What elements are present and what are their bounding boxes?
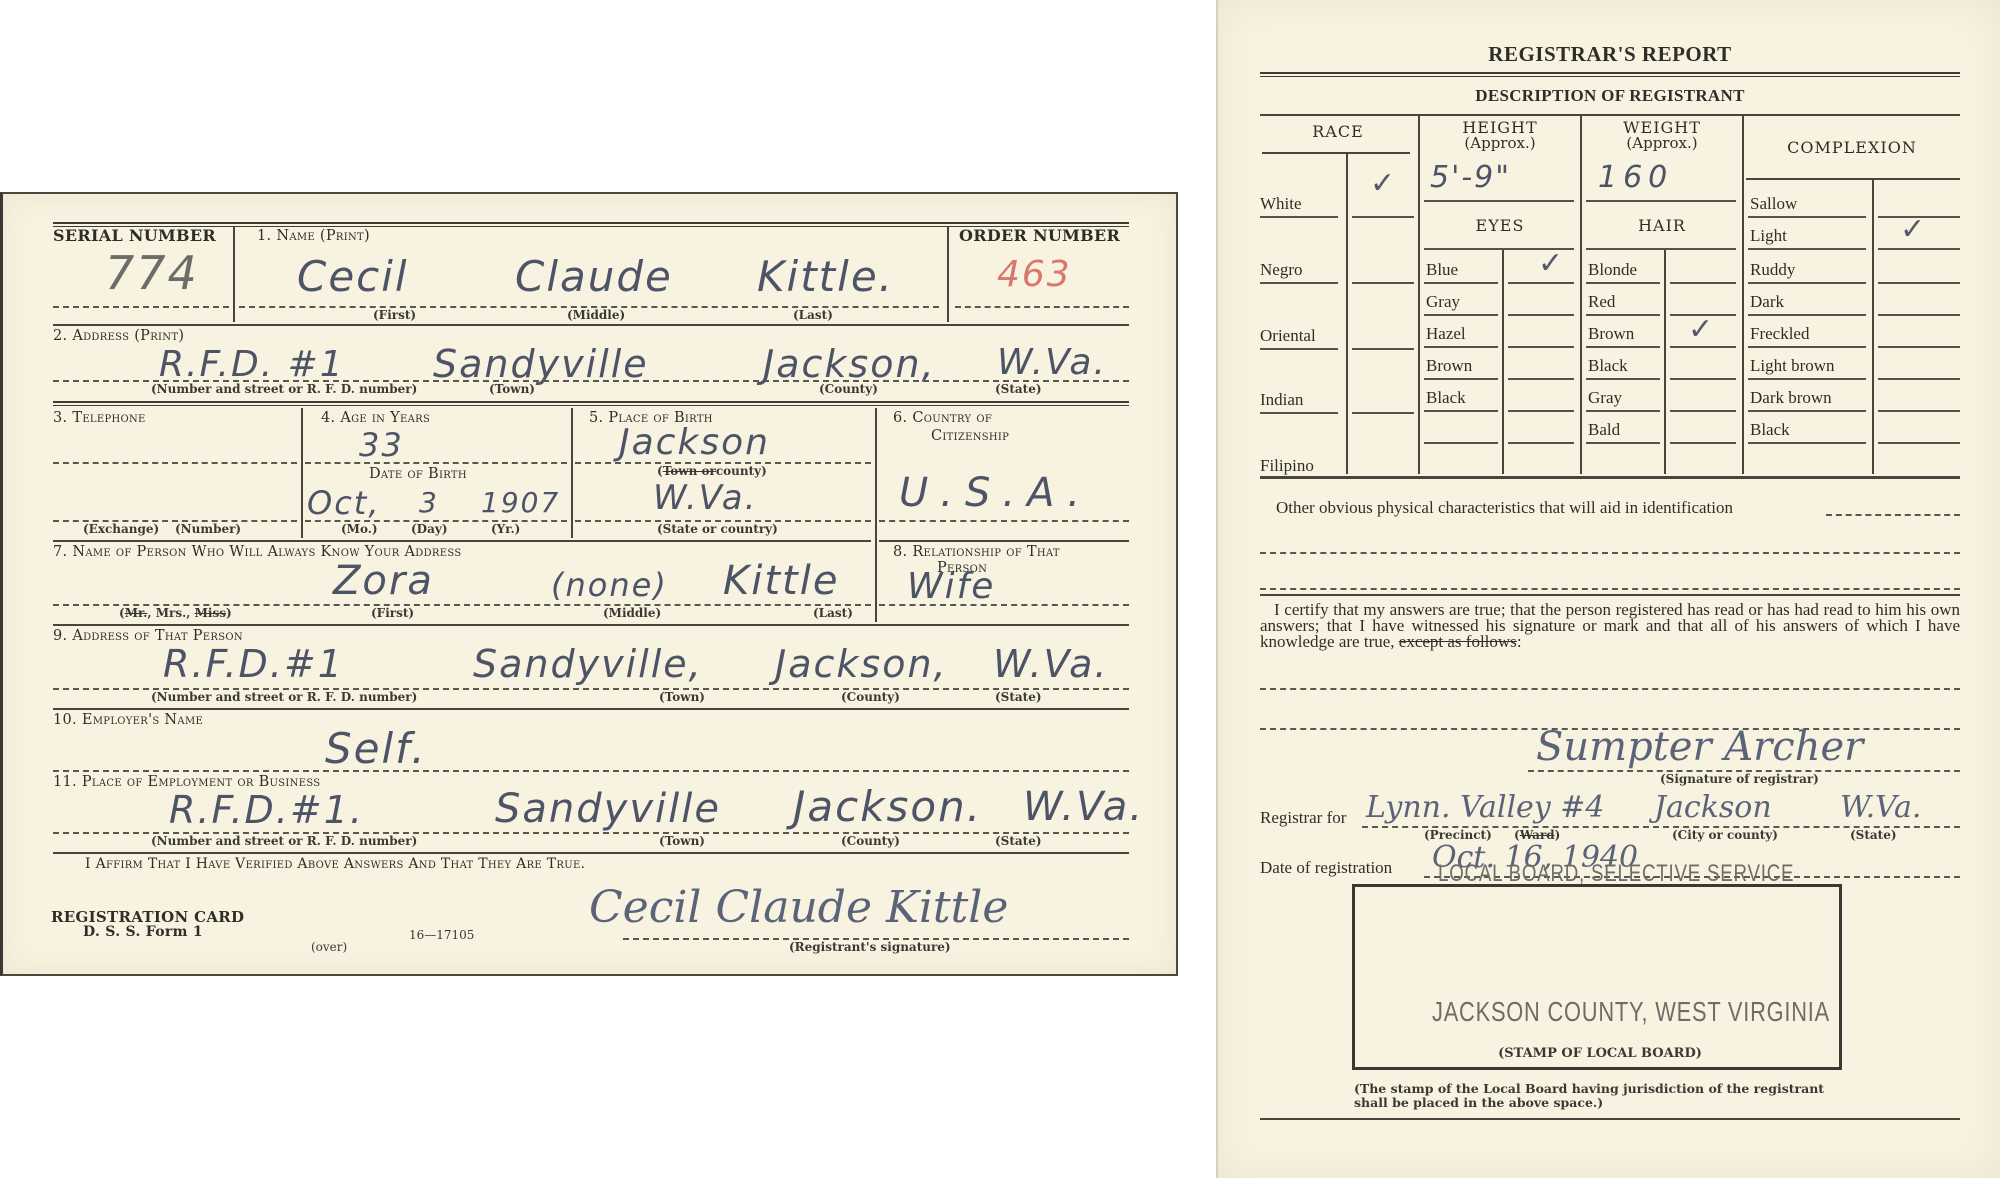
registration-card-front: SERIAL NUMBER 774 1. Name (Print) Cecil … (0, 192, 1178, 976)
stamp-caption: (STAMP OF LOCAL BOARD) (1208, 1046, 1992, 1061)
race-white: White (1260, 194, 1302, 214)
employer-label: 10. Employer's Name (53, 712, 203, 728)
order-number-label: ORDER NUMBER (959, 226, 1120, 245)
order-number-value: 463 (997, 254, 1072, 295)
eyes-black: Black (1426, 388, 1466, 408)
stamp-note: (The stamp of the Local Board having jur… (1354, 1082, 1854, 1110)
dob-month: Oct, (307, 484, 381, 522)
hair-black: Black (1588, 356, 1628, 376)
eyes-hazel: Hazel (1426, 324, 1466, 344)
other-characteristics-label: Other obvious physical characteristics t… (1276, 498, 1733, 518)
race-negro: Negro (1260, 260, 1302, 280)
stamp-jackson-county: JACKSON COUNTY, WEST VIRGINIA (1432, 996, 1830, 1028)
contact-middle: (none) (551, 566, 668, 604)
address-state: W.Va. (997, 342, 1107, 383)
dob-day: 3 (419, 486, 439, 519)
birth-state: W.Va. (653, 478, 757, 518)
employer-value: Self. (325, 724, 427, 773)
serial-number-label: SERIAL NUMBER (53, 226, 216, 245)
eyes-gray: Gray (1426, 292, 1460, 312)
contact-first: Zora (333, 558, 434, 604)
complexion-light: Light (1750, 226, 1787, 246)
weight-value: 160 (1598, 160, 1673, 195)
contact-street: R.F.D.#1 (163, 642, 344, 686)
contact-state: W.Va. (993, 642, 1108, 686)
print-code: 16—17105 (409, 928, 474, 942)
date-of-registration-label: Date of registration (1260, 858, 1392, 878)
hair-brown-check-icon: ✓ (1688, 312, 1713, 347)
race-oriental: Oriental (1260, 326, 1316, 346)
registrant-signature: Cecil Claude Kittle (589, 882, 1008, 933)
name-last: Kittle. (757, 252, 894, 301)
complexion-ruddy: Ruddy (1750, 260, 1795, 280)
precinct-value: Lynn. Valley #4 (1366, 790, 1605, 825)
age-value: 33 (359, 426, 404, 464)
contact-town: Sandyville, (473, 642, 703, 686)
name-middle: Claude (515, 252, 673, 301)
eyes-brown: Brown (1426, 356, 1472, 376)
city-county-value: Jackson (1654, 790, 1772, 825)
employment-street: R.F.D.#1. (169, 788, 364, 832)
date-of-birth-label: Date of Birth (369, 466, 467, 482)
contact-last: Kittle (723, 558, 839, 604)
registrars-report-back: REGISTRAR'S REPORT DESCRIPTION OF REGIST… (1216, 0, 2000, 1178)
affirmation-text: I Affirm That I Have Verified Above Answ… (85, 856, 585, 872)
complexion-dark: Dark (1750, 292, 1784, 312)
report-title: REGISTRAR'S REPORT (1218, 42, 2000, 67)
race-indian: Indian (1260, 390, 1303, 410)
hair-blonde: Blonde (1588, 260, 1637, 280)
form-number: D. S. S. Form 1 (83, 924, 203, 940)
citizenship-value: U.S.A. (899, 470, 1092, 516)
height-value: 5'-9" (1430, 160, 1511, 195)
registrar-signature: Sumpter Archer (1536, 724, 1863, 770)
address-label: 2. Address (Print) (53, 328, 184, 344)
complexion-freckled: Freckled (1750, 324, 1809, 344)
hair-bald: Bald (1588, 420, 1620, 440)
complexion-sallow: Sallow (1750, 194, 1797, 214)
age-label: 4. Age in Years (321, 410, 430, 426)
birth-town: Jackson (619, 422, 770, 463)
registrar-for-label: Registrar for (1260, 808, 1346, 828)
complexion-black: Black (1750, 420, 1790, 440)
signature-caption: (Registrant's signature) (789, 940, 951, 954)
hair-red: Red (1588, 292, 1615, 312)
contact-county: Jackson, (775, 642, 948, 686)
employment-state: W.Va. (1023, 784, 1144, 830)
employment-town: Sandyville (495, 786, 721, 832)
name-label: 1. Name (Print) (257, 228, 370, 244)
serial-number-value: 774 (105, 246, 199, 300)
hair-brown: Brown (1588, 324, 1634, 344)
citizenship-label: 6. Country of (893, 410, 992, 426)
eyes-blue: Blue (1426, 260, 1458, 280)
race-filipino: Filipino (1260, 456, 1314, 476)
race-white-check-icon: ✓ (1370, 166, 1395, 201)
dob-year: 1907 (481, 486, 560, 519)
complexion-dark-brown: Dark brown (1750, 388, 1832, 408)
hair-gray: Gray (1588, 388, 1622, 408)
relationship-value: Wife (907, 566, 995, 607)
description-subtitle: DESCRIPTION OF REGISTRANT (1218, 86, 2000, 106)
registrar-signature-caption: (Signature of registrar) (1660, 772, 1819, 786)
eyes-blue-check-icon: ✓ (1538, 246, 1563, 281)
telephone-label: 3. Telephone (53, 410, 146, 426)
employment-county: Jackson. (793, 782, 982, 831)
relationship-label: 8. Relationship of That (893, 544, 1060, 560)
over-note: (over) (311, 940, 347, 954)
address-street: R.F.D. #1 (159, 344, 345, 385)
registrar-state-value: W.Va. (1840, 790, 1921, 825)
stamp-box (1352, 884, 1842, 1070)
complexion-light-brown: Light brown (1750, 356, 1835, 376)
certification-text: I certify that my answers are true; that… (1260, 602, 1960, 650)
name-first: Cecil (297, 252, 409, 301)
